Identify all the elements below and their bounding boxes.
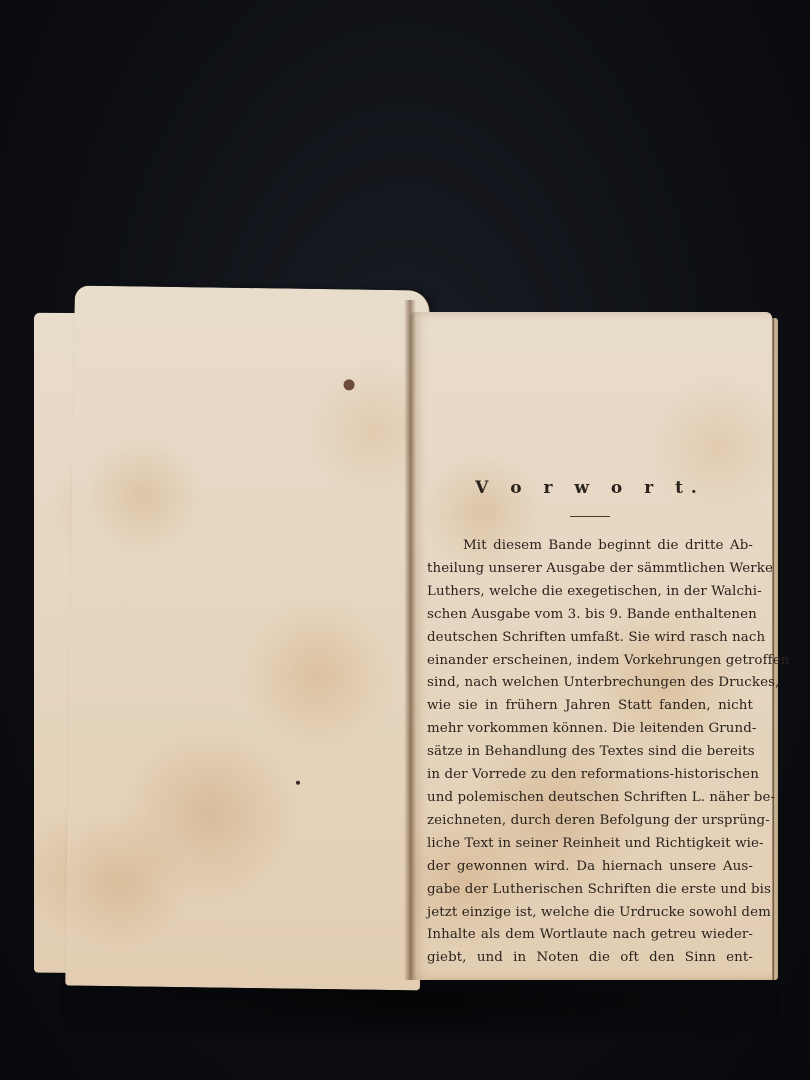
heading-rule	[570, 516, 610, 517]
page-heading: V o r w o r t.	[427, 478, 753, 498]
text-line: liche Text in seiner Reinheit und Richti…	[427, 833, 753, 856]
preface-text: V o r w o r t. Mit diesem Bande beginnt …	[427, 478, 753, 970]
text-line: jetzt einzige ist, welche die Urdrucke s…	[427, 902, 753, 925]
text-line: deutschen Schriften umfaßt. Sie wird ras…	[427, 627, 753, 650]
text-line: der gewonnen wird. Da hiernach unsere Au…	[427, 856, 753, 879]
turned-left-leaf	[65, 286, 430, 991]
text-line: theilung unserer Ausgabe der sämmtlichen…	[427, 558, 753, 581]
text-line: Mit diesem Bande beginnt die dritte Ab-	[427, 535, 753, 558]
text-line: und polemischen deutschen Schriften L. n…	[427, 787, 753, 810]
text-line: zeichneten, durch deren Befolgung der ur…	[427, 810, 753, 833]
photo-scene: e ä V o r w o r t. Mit diesem Bande begi…	[0, 0, 810, 1080]
book-gutter	[404, 300, 416, 980]
text-line: mehr vorkommen können. Die leitenden Gru…	[427, 718, 753, 741]
text-line: sätze in Behandlung des Textes sind die …	[427, 741, 753, 764]
text-line: gabe der Lutherischen Schriften die erst…	[427, 879, 753, 902]
brown-spot	[343, 379, 354, 390]
text-line: wie sie in frühern Jahren Statt fanden, …	[427, 695, 753, 718]
text-line: Inhalte als dem Wortlaute nach getreu wi…	[427, 924, 753, 947]
text-line: schen Ausgabe vom 3. bis 9. Bande enthal…	[427, 604, 753, 627]
text-line: sind, nach welchen Unterbrechungen des D…	[427, 672, 753, 695]
ink-speck	[296, 781, 300, 785]
text-line: Luthers, welche die exegetischen, in der…	[427, 581, 753, 604]
text-line: giebt, und in Noten die oft den Sinn ent…	[427, 947, 753, 970]
text-line: in der Vorrede zu den reformations-histo…	[427, 764, 753, 787]
text-line: einander erscheinen, indem Vorkehrungen …	[427, 650, 753, 673]
